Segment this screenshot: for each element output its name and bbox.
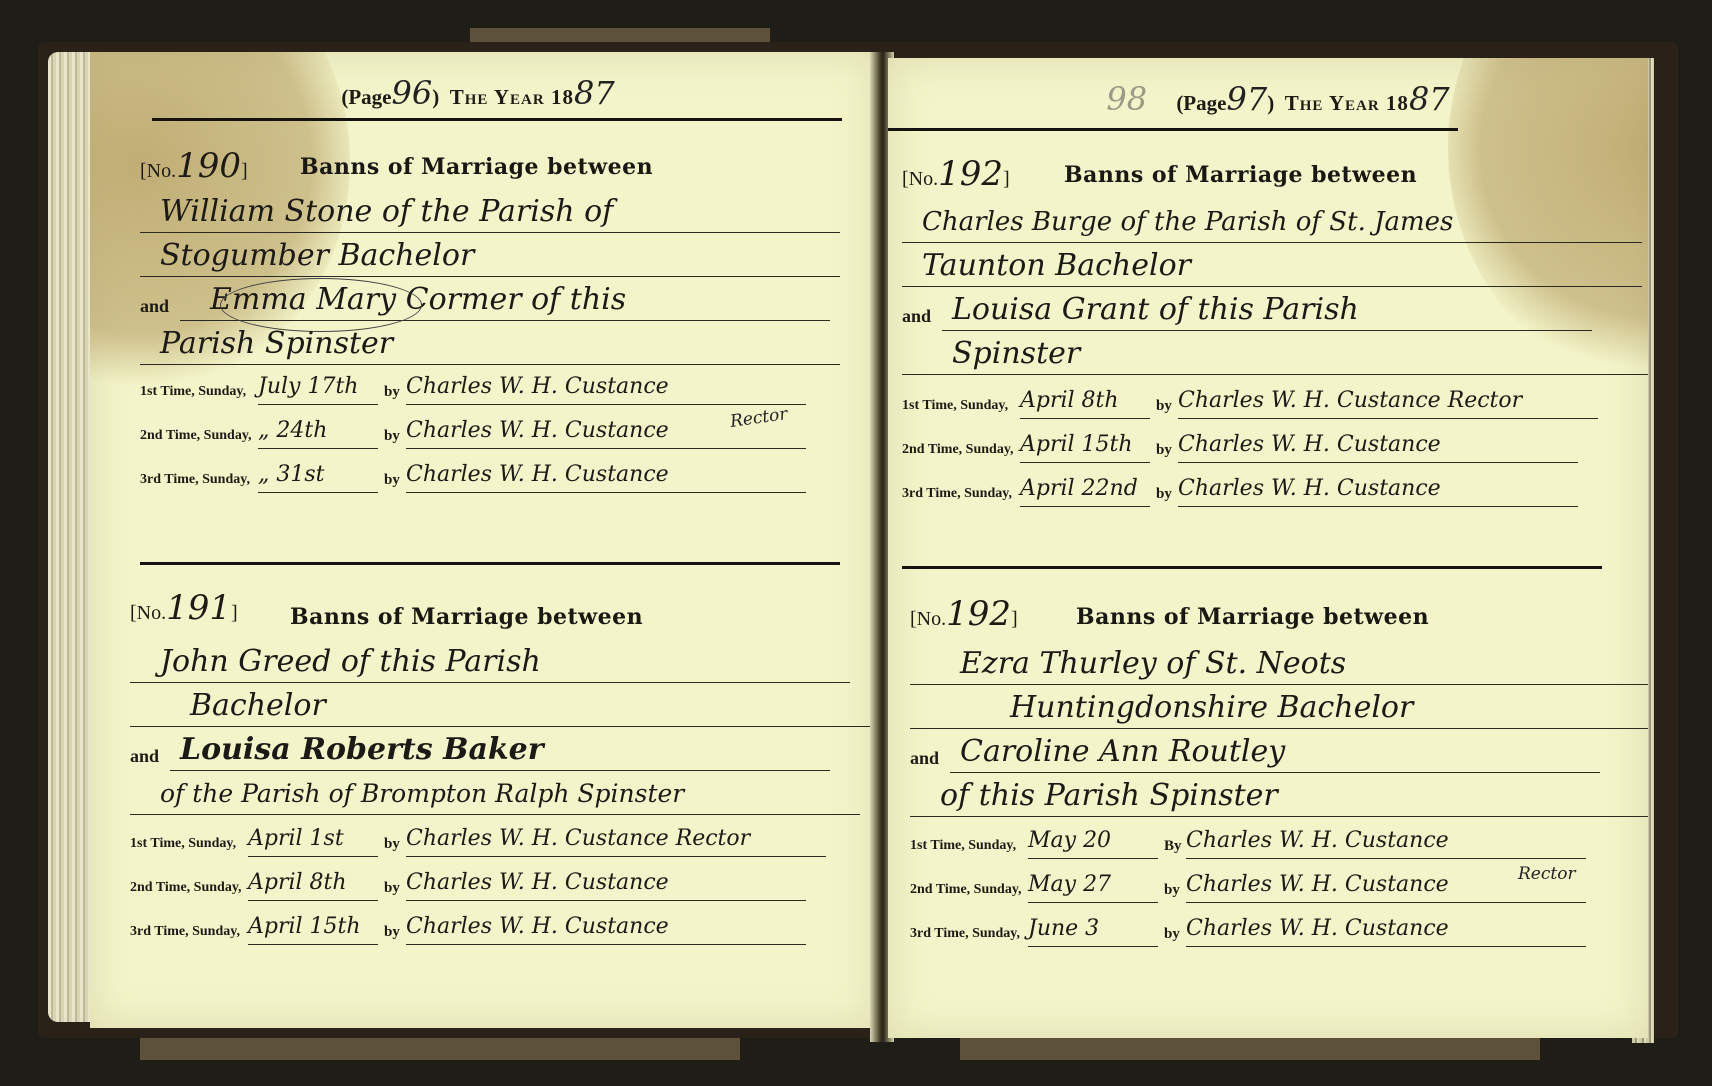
by: by [1156,398,1172,415]
entry-number: [No.192] [910,594,1018,634]
entry-number: [No.190] [140,146,248,186]
right-page: 98 (Page97) The Year 1887 [No.192] Banns… [888,58,1648,1038]
bride-line-1: Louisa Grant of this Parish [942,290,1592,331]
label: 2nd Time, Sunday, [140,428,252,444]
groom-line-2: Huntingdonshire Bachelor [910,688,1648,729]
and-label: and [130,746,159,767]
groom-line-2: Stogumber Bachelor [140,236,840,277]
date-field: April 15th [248,914,378,945]
groom-line-2: Taunton Bachelor [902,246,1642,287]
publication-1st: 1st Time, Sunday, April 8th by Charles W… [902,388,1642,422]
number: 191 [166,588,231,628]
date-field: July 17th [258,374,378,405]
officiant-signature: Charles W. H. Custance [1178,432,1578,463]
no-prefix: [No. [130,602,166,624]
groom-line-1: Charles Burge of the Parish of St. James [902,202,1642,243]
publication-1st: 1st Time, Sunday, May 20 By Charles W. H… [910,828,1648,862]
page-header: (Page96) The Year 1887 [90,74,876,112]
entry-title: Banns of Marriage between [1064,162,1417,188]
header-rule [152,118,842,121]
by: by [384,836,400,853]
year-digits: 87 [1409,80,1450,118]
entry-divider [140,562,840,565]
no-suffix: ] [1011,608,1018,630]
page-label: (Page [1176,91,1226,115]
publication-1st: 1st Time, Sunday, July 17th by Charles W… [140,374,840,408]
label: 3rd Time, Sunday, [910,926,1020,942]
and-label: and [902,306,931,327]
date-field: April 1st [248,826,378,857]
by: by [1164,882,1180,899]
publication-3rd: 3rd Time, Sunday, April 22nd by Charles … [902,476,1642,510]
page-header: 98 (Page97) The Year 1887 [908,80,1648,118]
bride-line-2: Spinster [902,334,1648,375]
label: 1st Time, Sunday, [902,398,1008,414]
number: 192 [946,594,1011,634]
year-label: The Year 18 [450,85,574,109]
header-rule [888,128,1458,131]
by: by [384,924,400,941]
page-number: 96 [391,74,432,112]
publication-2nd: 2nd Time, Sunday, May 27 by Charles W. H… [910,872,1648,906]
date-field: „ 31st [258,462,378,493]
officiant-signature: Charles W. H. Custance [406,870,806,901]
officiant-signature: Charles W. H. Custance [406,374,806,405]
and-label: and [910,748,939,769]
no-suffix: ] [241,160,248,182]
date-field: June 3 [1028,916,1158,947]
label: 2nd Time, Sunday, [130,880,242,896]
label: 2nd Time, Sunday, [910,882,1022,898]
bride-line-2: of this Parish Spinster [910,776,1648,817]
publication-2nd: 2nd Time, Sunday, April 8th by Charles W… [130,870,850,904]
label: 3rd Time, Sunday, [140,472,250,488]
entry-title: Banns of Marriage between [300,154,653,180]
label: 3rd Time, Sunday, [130,924,240,940]
by: by [384,384,400,401]
by: by [1156,442,1172,459]
left-page: (Page96) The Year 1887 [No.190] Banns of… [90,52,876,1028]
year-label: The Year 18 [1285,91,1409,115]
label: 1st Time, Sunday, [910,838,1016,854]
officiant-signature: Charles W. H. Custance [1186,872,1586,903]
publication-2nd: 2nd Time, Sunday, April 15th by Charles … [902,432,1642,466]
number: 192 [938,154,1003,194]
officiant-signature: Charles W. H. Custance Rector [406,826,826,857]
publication-3rd: 3rd Time, Sunday, „ 31st by Charles W. H… [140,462,840,496]
bride-line-2: of the Parish of Brompton Ralph Spinster [130,774,860,815]
tape-strip-bottom-left [140,1038,740,1060]
publication-3rd: 3rd Time, Sunday, April 15th by Charles … [130,914,850,948]
date-field: April 8th [1020,388,1150,419]
by: By [1164,838,1182,855]
label: 1st Time, Sunday, [130,836,236,852]
no-suffix: ] [1003,168,1010,190]
entry-number: [No.192] [902,154,1010,194]
date-field: April 15th [1020,432,1150,463]
publication-3rd: 3rd Time, Sunday, June 3 by Charles W. H… [910,916,1648,950]
bride-line-1: Louisa Roberts Baker [170,730,830,771]
page-number: 97 [1226,80,1267,118]
date-field: April 8th [248,870,378,901]
officiant-signature: Charles W. H. Custance [406,914,806,945]
by: by [384,472,400,489]
entry-divider [902,566,1602,569]
date-field: May 27 [1028,872,1158,903]
entry-title: Banns of Marriage between [290,604,643,630]
publication-1st: 1st Time, Sunday, April 1st by Charles W… [130,826,850,860]
no-prefix: [No. [902,168,938,190]
label: 2nd Time, Sunday, [902,442,1014,458]
no-prefix: [No. [910,608,946,630]
and-label: and [140,296,169,317]
entry-number: [No.191] [130,588,238,628]
publication-2nd: 2nd Time, Sunday, „ 24th by Charles W. H… [140,418,840,452]
label: 1st Time, Sunday, [140,384,246,400]
ghost-page-number: 98 [1106,80,1147,118]
groom-line-1: Ezra Thurley of St. Neots [910,644,1648,685]
bride-line-2: Parish Spinster [140,324,840,365]
by: by [1156,486,1172,503]
officiant-signature: Charles W. H. Custance [406,462,806,493]
year-digits: 87 [574,74,615,112]
officiant-signature: Charles W. H. Custance Rector [1178,388,1598,419]
by: by [384,880,400,897]
date-field: April 22nd [1020,476,1150,507]
tape-strip-bottom-right [960,1038,1540,1060]
date-field: „ 24th [258,418,378,449]
label: 3rd Time, Sunday, [902,486,1012,502]
by: by [384,428,400,445]
page-label: (Page [341,85,391,109]
groom-line-2: Bachelor [130,686,876,727]
by: by [1164,926,1180,943]
number: 190 [176,146,241,186]
no-prefix: [No. [140,160,176,182]
no-suffix: ] [231,602,238,624]
groom-line-1: William Stone of the Parish of [140,192,840,233]
date-field: May 20 [1028,828,1158,859]
officiant-signature: Charles W. H. Custance [1186,916,1586,947]
entry-title: Banns of Marriage between [1076,604,1429,630]
bride-line-1: Caroline Ann Routley [950,732,1600,773]
groom-line-1: John Greed of this Parish [130,642,850,683]
officiant-signature: Charles W. H. Custance [1186,828,1586,859]
officiant-signature: Charles W. H. Custance [1178,476,1578,507]
officiant-signature: Charles W. H. Custance [406,418,806,449]
